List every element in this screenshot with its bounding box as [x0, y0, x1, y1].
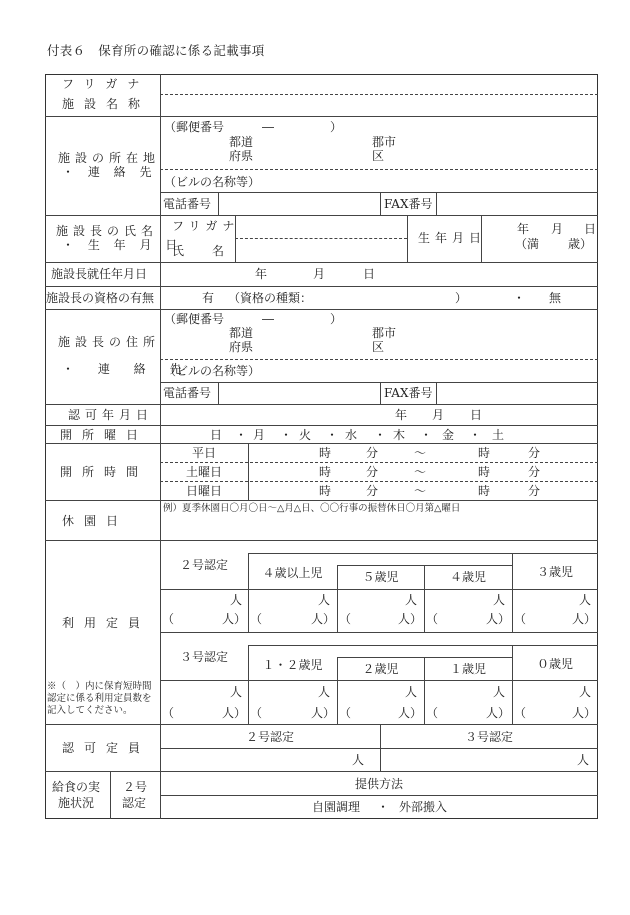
director-birth-label: ・ 生 年 月 日 — [62, 238, 182, 252]
age3-label: ３歳児 — [512, 565, 598, 579]
director-name-label: 施設長の氏名 — [56, 224, 158, 238]
closed-days-label: 休園日 — [62, 514, 128, 528]
page-title: 付表６ 保育所の確認に係る記載事項 — [47, 41, 265, 59]
facility-furigana-field[interactable] — [162, 76, 596, 93]
director-address-label: 施設長の住所 — [58, 335, 160, 349]
director-building-field[interactable] — [262, 361, 596, 381]
director-building-label: （ビルの名称等） — [164, 364, 260, 378]
day-sat[interactable]: 土 — [492, 428, 504, 442]
cert3-capacity-field[interactable] — [162, 682, 246, 723]
director-name-label-1: 氏 — [172, 244, 184, 258]
day-separator: ・ — [280, 428, 292, 442]
day-wed[interactable]: 水 — [345, 428, 357, 442]
director-phone-field[interactable] — [220, 384, 378, 403]
director-furigana-label: フリガナ — [172, 219, 239, 233]
day-thu[interactable]: 木 — [393, 428, 405, 442]
director-name-field[interactable] — [237, 240, 405, 261]
option-external[interactable]: 外部搬入 — [399, 800, 447, 814]
open-hours-label: 開所時間 — [60, 465, 148, 479]
director-furigana-field[interactable] — [237, 217, 405, 237]
approval-date-field[interactable] — [162, 406, 596, 424]
qualification-yes[interactable]: 有 — [202, 291, 214, 305]
facility-building-label: （ビルの名称等） — [164, 175, 260, 189]
day-fri[interactable]: 金 — [442, 428, 454, 442]
licensed-cert3-label: ３号認定 — [380, 730, 598, 744]
director-fax-field[interactable] — [438, 384, 596, 403]
cert2-capacity-field[interactable] — [162, 591, 246, 631]
option-separator: ・ — [377, 800, 389, 814]
day-sun[interactable]: 日 — [210, 428, 222, 442]
age1-capacity-field[interactable] — [426, 682, 510, 723]
day-separator: ・ — [374, 428, 386, 442]
facility-address-field[interactable] — [162, 118, 596, 168]
age2-capacity-field[interactable] — [339, 682, 422, 723]
facility-phone-field[interactable] — [220, 194, 378, 214]
meals-label-line1: 給食の実 — [52, 780, 100, 794]
saturday-hours-field[interactable] — [250, 463, 596, 480]
option-in-house[interactable]: 自園調理 — [312, 800, 360, 814]
birthdate-label: 生年月日 — [418, 231, 486, 245]
cert3-label: ３号認定 — [160, 650, 248, 664]
age0-label: ０歳児 — [512, 657, 598, 671]
facility-name-label: 施設名称 — [62, 97, 150, 111]
facility-furigana-label: フリガナ — [62, 77, 149, 91]
licensed-cert2-field[interactable] — [162, 750, 378, 770]
day-separator: ・ — [235, 428, 247, 442]
age1-label: １歳児 — [424, 662, 512, 676]
capacity-note: ※（ ）内に保育短時間認定に係る利用定員数を記入してください。 — [47, 681, 159, 717]
approval-date-label: 認可年月日 — [68, 408, 153, 422]
day-separator: ・ — [469, 428, 481, 442]
qualification-label: 施設長の資格の有無 — [46, 291, 154, 305]
appointment-date-field[interactable] — [162, 264, 596, 285]
director-fax-label: FAX番号 — [384, 386, 433, 400]
age2-label: ２歳児 — [337, 662, 424, 676]
facility-contact-label: ・ 連 絡 先 — [62, 165, 156, 179]
over4-label: ４歳以上児 — [248, 566, 337, 580]
facility-phone-label: 電話番号 — [163, 197, 211, 211]
facility-building-field[interactable] — [262, 171, 596, 191]
qualification-no[interactable]: 無 — [549, 291, 561, 305]
weekday-hours-field[interactable] — [250, 444, 596, 461]
weekday-label: 平日 — [160, 446, 248, 460]
birthdate-field[interactable] — [483, 217, 596, 261]
closed-days-field[interactable] — [162, 514, 596, 539]
meals-cert-line2: 認定 — [122, 796, 146, 810]
capacity-label: 利用定員 — [62, 616, 150, 630]
licensed-cert3-field[interactable] — [382, 750, 596, 770]
cert2-label: ２号認定 — [160, 558, 248, 572]
facility-fax-label: FAX番号 — [384, 197, 433, 211]
provision-method-label: 提供方法 — [160, 777, 598, 791]
age4-label: ４歳児 — [424, 570, 512, 584]
facility-name-field[interactable] — [162, 96, 596, 115]
licensed-capacity-label: 認可定員 — [62, 741, 150, 755]
qualification-separator: ・ — [513, 291, 525, 305]
day-tue[interactable]: 火 — [299, 428, 311, 442]
age0-capacity-field[interactable] — [514, 682, 596, 723]
age3-capacity-field[interactable] — [514, 591, 596, 631]
age5-label: ５歳児 — [337, 570, 424, 584]
facility-address-label: 施設の所在地 — [58, 151, 160, 165]
facility-fax-field[interactable] — [438, 194, 596, 214]
director-address-field[interactable] — [162, 311, 596, 358]
director-phone-label: 電話番号 — [163, 386, 211, 400]
age12-label: １・２歳児 — [248, 658, 337, 672]
day-separator: ・ — [326, 428, 338, 442]
over4-capacity-field[interactable] — [250, 591, 335, 631]
director-name-label-2: 名 — [212, 244, 224, 258]
appointment-label: 施設長就任年月日 — [51, 267, 147, 281]
age5-capacity-field[interactable] — [339, 591, 422, 631]
licensed-cert2-label: ２号認定 — [160, 730, 380, 744]
day-separator: ・ — [420, 428, 432, 442]
meals-label-line2: 施状況 — [58, 796, 94, 810]
meals-cert-line1: ２号 — [123, 780, 147, 794]
age4-capacity-field[interactable] — [426, 591, 510, 631]
age12-capacity-field[interactable] — [250, 682, 335, 723]
qualification-type-label: （資格の種類： — [228, 291, 312, 305]
sunday-label: 日曜日 — [160, 484, 248, 498]
saturday-label: 土曜日 — [160, 465, 248, 479]
open-days-label: 開所曜日 — [60, 428, 148, 442]
day-mon[interactable]: 月 — [253, 428, 265, 442]
qualification-type-field[interactable] — [318, 288, 454, 307]
qualification-type-close: ） — [455, 291, 467, 305]
sunday-hours-field[interactable] — [250, 482, 596, 499]
